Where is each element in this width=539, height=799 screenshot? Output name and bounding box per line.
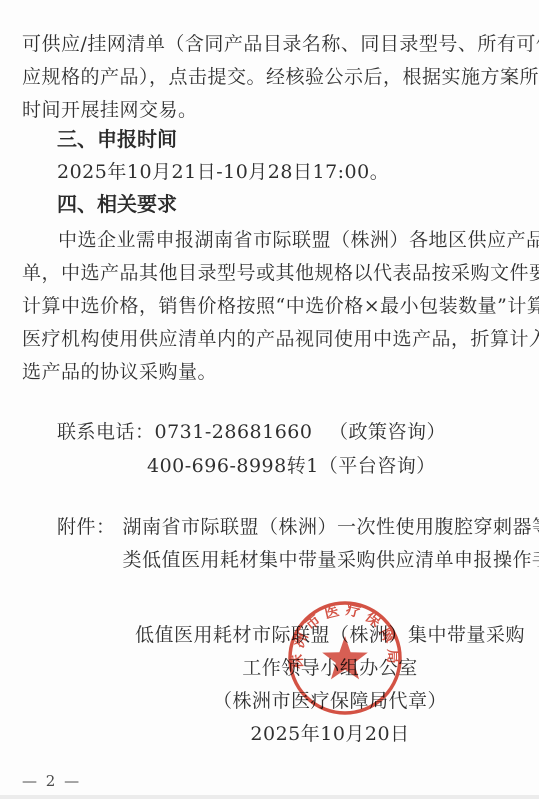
paragraph-line: 单，中选产品其他目录型号或其他规格以代表品按采购文件要求 xyxy=(22,257,529,290)
paragraph-line: 医疗机构使用供应清单内的产品视同使用中选产品，折算计入中 xyxy=(22,323,529,356)
section-heading-requirements: 四、相关要求 xyxy=(57,188,177,221)
official-seal: 株洲市医疗保障局 xyxy=(275,588,415,728)
paragraph-line: 中选企业需申报湖南省市际联盟（株洲）各地区供应产品清 xyxy=(22,224,529,257)
attachment-label: 附件： xyxy=(57,511,116,577)
scan-edge-artifact xyxy=(0,795,539,799)
contact-phone-platform: 400-696-8998转1（平台咨询） xyxy=(147,450,436,483)
paragraph-line: 计算中选价格，销售价格按照“中选价格×最小包装数量”计算。 xyxy=(22,290,529,323)
document-page: 可供应/挂网清单（含同产品目录名称、同目录型号、所有可供 应规格的产品），点击提… xyxy=(0,0,539,799)
paragraph-line: 选产品的协议采购量。 xyxy=(22,356,529,389)
section-heading-declaration-time: 三、申报时间 xyxy=(57,123,177,156)
contact-phone-policy: 联系电话：0731-28681660 （政策咨询） xyxy=(57,416,446,449)
declaration-period-text: 2025年10月21日-10月28日17:00。 xyxy=(57,156,389,189)
attachment-title-line: 类低值医用耗材集中带量采购供应清单申报操作手册 xyxy=(123,544,539,577)
seal-star-icon xyxy=(322,636,368,679)
page-number: — 2 — xyxy=(22,772,81,790)
attachment-block: 附件： 湖南省市际联盟（株洲）一次性使用腹腔穿刺器等五 类低值医用耗材集中带量采… xyxy=(57,511,539,577)
requirements-paragraph: 中选企业需申报湖南省市际联盟（株洲）各地区供应产品清 单，中选产品其他目录型号或… xyxy=(22,224,529,389)
intro-paragraph: 可供应/挂网清单（含同产品目录名称、同目录型号、所有可供 应规格的产品），点击提… xyxy=(22,28,529,127)
attachment-title-line: 湖南省市际联盟（株洲）一次性使用腹腔穿刺器等五 xyxy=(123,511,539,544)
paragraph-line: 应规格的产品），点击提交。经核验公示后，根据实施方案所述 xyxy=(22,61,529,94)
attachment-title: 湖南省市际联盟（株洲）一次性使用腹腔穿刺器等五 类低值医用耗材集中带量采购供应清… xyxy=(123,511,539,577)
paragraph-line: 可供应/挂网清单（含同产品目录名称、同目录型号、所有可供 xyxy=(22,28,529,61)
